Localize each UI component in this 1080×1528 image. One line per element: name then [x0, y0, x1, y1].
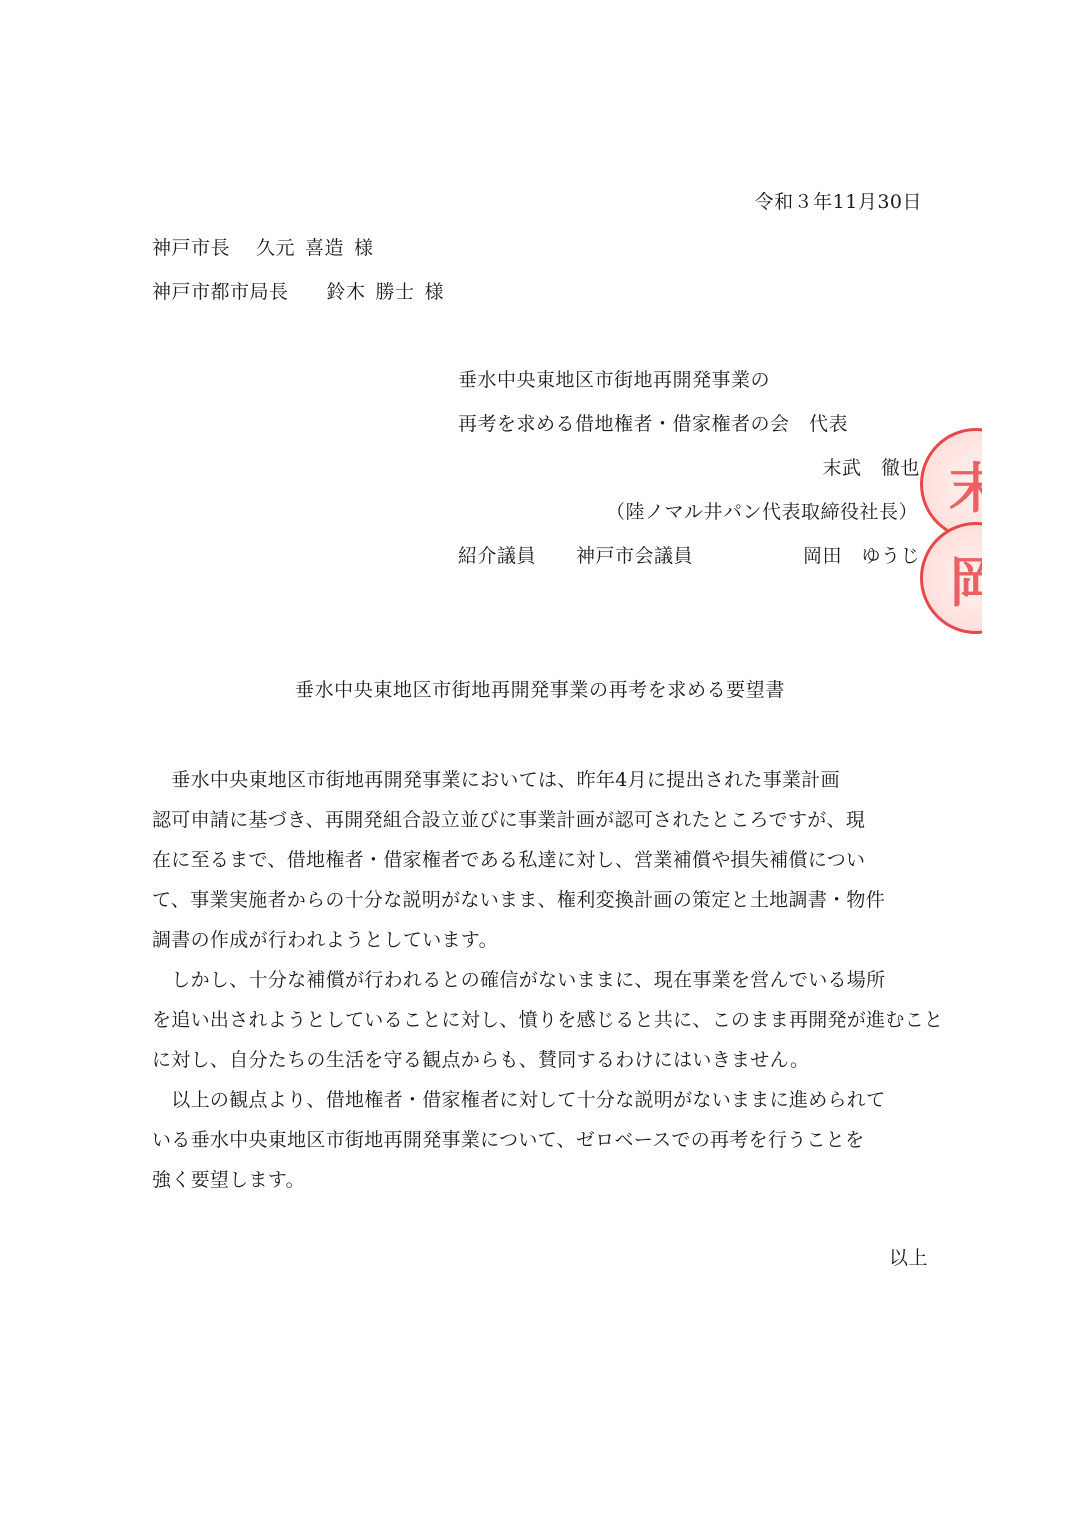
addressee-mayor: 神戸市長久元喜造様: [152, 236, 374, 260]
body-line: 垂水中央東地区市街地再開発事業においては、昨年4月に提出された事業計画: [152, 760, 930, 800]
document-title: 垂水中央東地区市街地再開発事業の再考を求める要望書: [0, 678, 1080, 702]
body-line: しかし、十分な補償が行われるとの確信がないままに、現在事業を営んでいる場所: [152, 960, 930, 1000]
introducer-line: 紹介議員 神戸市会議員 岡田 ゆうじ: [458, 544, 920, 568]
addressee-urban-bureau-director: 神戸市都市局長鈴木勝士様: [152, 280, 444, 304]
seal-okada-icon: 岡: [920, 522, 982, 634]
body-line: 以上の観点より、借地権者・借家権者に対して十分な説明がないままに進められて: [152, 1080, 930, 1120]
sender-representative-affiliation: （陸ノマル井パン代表取締役社長）: [606, 500, 918, 524]
body-line: 在に至るまで、借地権者・借家権者である私達に対し、営業補償や損失補償につい: [152, 840, 930, 880]
addressee-honorific: 様: [425, 281, 445, 303]
seal-glyph: 岡: [923, 525, 982, 631]
body-line: 強く要望します。: [152, 1160, 930, 1200]
body-line: 調書の作成が行われようとしています。: [152, 920, 930, 960]
addressee-family-name: 久元: [256, 237, 295, 259]
addressee-family-name: 鈴木: [327, 281, 366, 303]
body-line: に対し、自分たちの生活を守る観点からも、賛同するわけにはいきません。: [152, 1040, 930, 1080]
seal-okada-clip: 岡: [916, 520, 982, 636]
body-line: いる垂水中央東地区市街地再開発事業について、ゼロベースでの再考を行うことを: [152, 1120, 930, 1160]
addressee-title: 神戸市都市局長: [152, 281, 289, 303]
introducer-role: 紹介議員: [458, 544, 536, 568]
addressee-title: 神戸市長: [152, 237, 230, 259]
sender-representative-name: 末武 徹也: [822, 456, 920, 480]
document-date: 令和３年11月30日: [755, 190, 922, 214]
introducer-body: 神戸市会議員: [576, 544, 693, 568]
closing-mark: 以上: [889, 1246, 928, 1270]
addressee-given-name: 勝士: [376, 281, 415, 303]
body-line: を追い出されようとしていることに対し、憤りを感じると共に、このまま再開発が進むこ…: [152, 1000, 930, 1040]
document-page: 令和３年11月30日 神戸市長久元喜造様 神戸市都市局長鈴木勝士様 垂水中央東地…: [0, 0, 1080, 1528]
introducer-name: 岡田 ゆうじ: [803, 544, 920, 568]
document-body: 垂水中央東地区市街地再開発事業においては、昨年4月に提出された事業計画 認可申請…: [152, 760, 930, 1200]
body-line: て、事業実施者からの十分な説明がないまま、権利変換計画の策定と土地調書・物件: [152, 880, 930, 920]
sender-org-line-1: 垂水中央東地区市街地再開発事業の: [458, 368, 770, 392]
body-line: 認可申請に基づき、再開発組合設立並びに事業計画が認可されたところですが、現: [152, 800, 930, 840]
sender-org-line-2: 再考を求める借地権者・借家権者の会 代表: [458, 412, 848, 436]
addressee-honorific: 様: [354, 237, 374, 259]
addressee-given-name: 喜造: [305, 237, 344, 259]
